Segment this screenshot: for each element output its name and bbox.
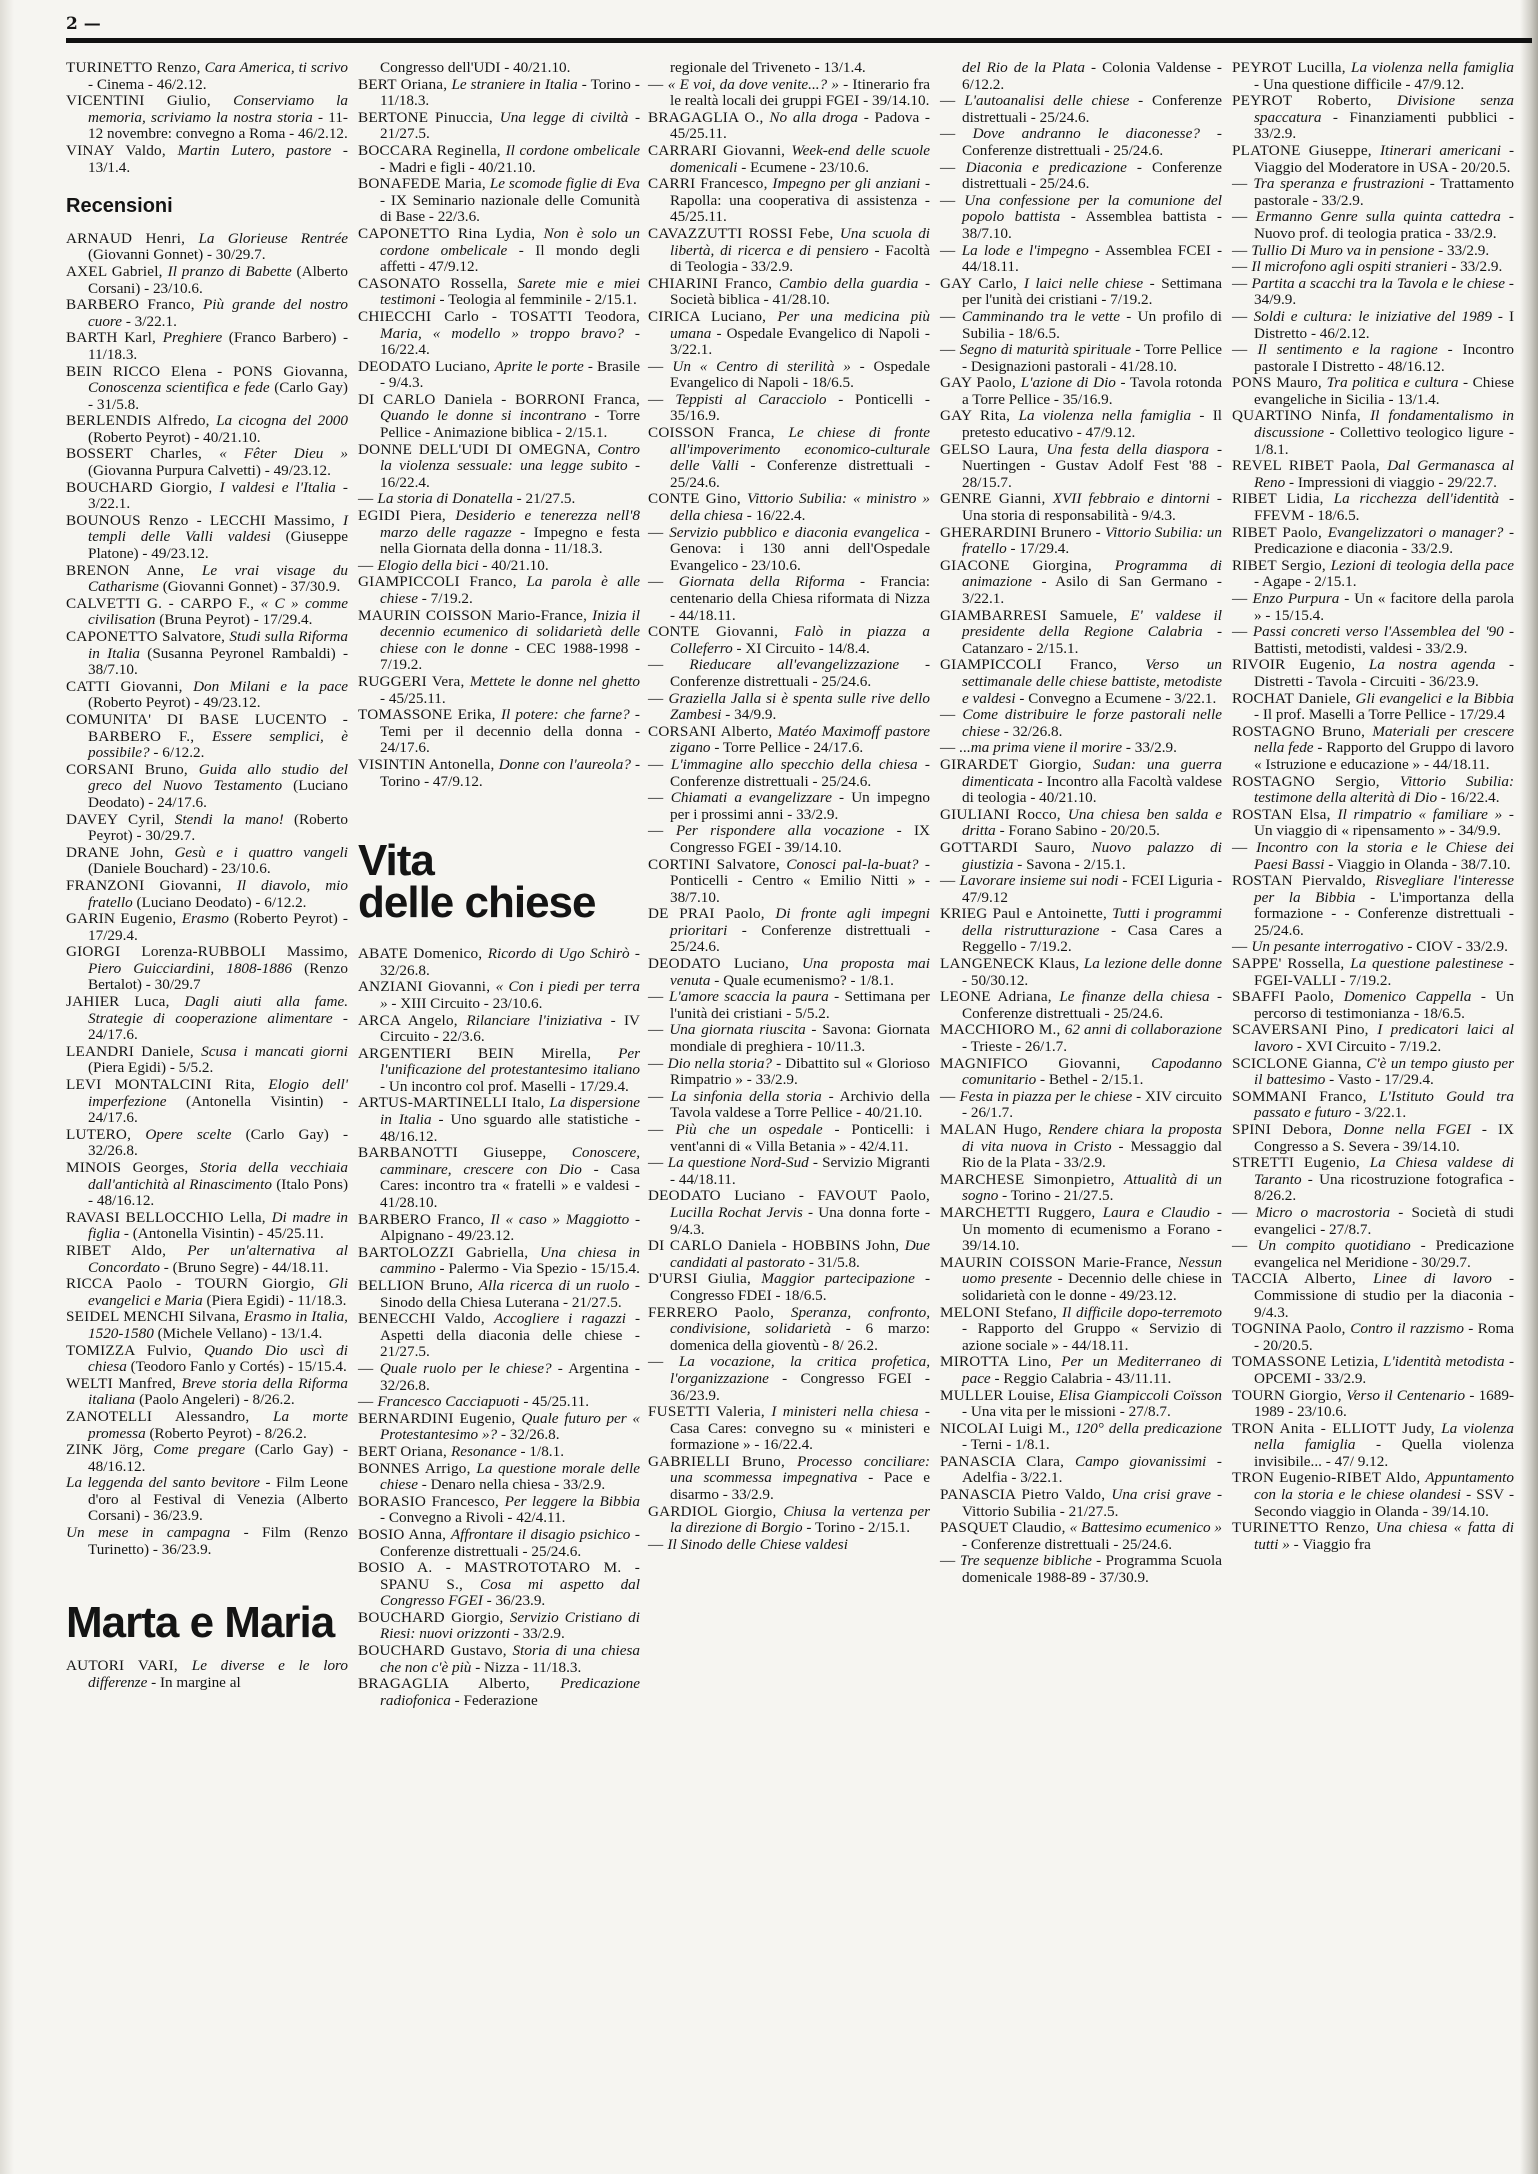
- entry-title: Il cordone ombelicale: [506, 142, 640, 159]
- entry-title: Micro o macrostoria: [1256, 1204, 1390, 1221]
- entry-title: La storia di Donatella: [377, 490, 512, 507]
- entry-reference: (Giovanni Gonnet) - 30/29.7.: [88, 246, 266, 263]
- entry-author: —: [648, 391, 675, 408]
- index-entry: GIACONE Giorgina, Programma di animazion…: [940, 558, 1222, 608]
- entry-title: Lucilla Rochat Jervis: [670, 1204, 803, 1221]
- entry-author: GIAMPICCOLI Franco,: [940, 656, 1145, 673]
- index-entry-continuation: — Quale ruolo per le chiese? - Argentina…: [358, 1361, 640, 1394]
- entry-author: TRON Anita - ELLIOTT Judy,: [1232, 1420, 1441, 1437]
- index-entry: GAY Rita, La violenza nella famiglia - I…: [940, 408, 1222, 441]
- index-entry: BARBERO Franco, Il « caso » Maggiotto - …: [358, 1212, 640, 1245]
- entry-reference: - Una vita per le missioni - 27/8.7.: [962, 1403, 1171, 1420]
- index-entry: BARBANOTTI Giuseppe, Conoscere, camminar…: [358, 1145, 640, 1211]
- index-entry-continuation: — Rieducare all'evangelizzazione - Confe…: [648, 657, 930, 690]
- entry-author: PASQUET Claudio,: [940, 1519, 1070, 1536]
- entry-author: TOURN Giorgio,: [1232, 1387, 1346, 1404]
- index-entry: CASONATO Rossella, Sarete mie e miei tes…: [358, 276, 640, 309]
- index-entry: ARTUS-MARTINELLI Italo, La dispersione i…: [358, 1095, 640, 1145]
- entry-author: —: [648, 358, 672, 375]
- entry-title: Il rimpatrio « familiare »: [1338, 806, 1503, 823]
- index-entry-continuation: — Ermanno Genre sulla quinta cattedra - …: [1232, 209, 1514, 242]
- entry-title: « Battesimo ecumenico »: [1070, 1519, 1222, 1536]
- entry-author: ANZIANI Giovanni,: [358, 978, 496, 995]
- index-entry-continuation: — Tullio Di Muro va in pensione - 33/2.9…: [1232, 243, 1514, 260]
- entry-title: Domenico Cappella: [1344, 988, 1472, 1005]
- entry-author: TACCIA Alberto,: [1232, 1270, 1373, 1287]
- entry-author: VISINTIN Antonella,: [358, 756, 499, 773]
- entry-author: ROCHAT Daniele,: [1232, 690, 1356, 707]
- entry-author: DI CARLO Daniela - BORRONI Franca,: [358, 391, 640, 408]
- index-entry-continuation: — Il Sinodo delle Chiese valdesi: [648, 1537, 930, 1554]
- entry-author: CONTE Giovanni,: [648, 623, 795, 640]
- entry-reference: - Impressioni di viaggio - 29/22.7.: [1285, 474, 1497, 491]
- index-entry: CORSANI Alberto, Matéo Maximoff pastore …: [648, 724, 930, 757]
- entry-title: Più che un ospedale: [676, 1121, 823, 1138]
- entry-reference: - Quale ecumenismo? - 1/8.1.: [710, 972, 893, 989]
- entry-author: RIBET Paolo,: [1232, 524, 1328, 541]
- entry-author: SAPPE' Rossella,: [1232, 955, 1350, 972]
- entry-title: Lavorare insieme sui nodi: [960, 872, 1119, 889]
- index-entry: FERRERO Paolo, Speranza, confronto, cond…: [648, 1305, 930, 1355]
- index-entry: GARDIOL Giorgio, Chiusa la vertenza per …: [648, 1504, 930, 1537]
- index-entry: CONTE Gino, Vittorio Subilia: « ministro…: [648, 491, 930, 524]
- entry-reference: - 16/22.4.: [743, 507, 805, 524]
- entry-title: La Glorieuse Rentrée: [198, 230, 348, 247]
- index-entry: MAGNIFICO Giovanni, Capodanno comunitari…: [940, 1056, 1222, 1089]
- entry-title: Donne nella FGEI: [1343, 1121, 1471, 1138]
- index-entry: RIBET Sergio, Lezioni di teologia della …: [1232, 558, 1514, 591]
- entry-author: —: [648, 822, 676, 839]
- entry-reference: (Roberto Peyrot) - 8/26.2.: [146, 1425, 307, 1442]
- index-entry: BOUCHARD Giorgio, Servizio Cristiano di …: [358, 1610, 640, 1643]
- index-entry: GAY Carlo, I laici nelle chiese - Settim…: [940, 276, 1222, 309]
- entry-author: LEANDRI Daniele,: [66, 1043, 201, 1060]
- index-entry-continuation: — Diaconia e predicazione - Conferenze d…: [940, 160, 1222, 193]
- index-entry-continuation: — Francesco Cacciapuoti - 45/25.11.: [358, 1394, 640, 1411]
- entry-list: ABATE Domenico, Ricordo di Ugo Schirò - …: [358, 946, 640, 1709]
- index-entry: ROSTAGNO Sergio, Vittorio Subilia: testi…: [1232, 774, 1514, 807]
- entry-reference: - Cinema - 46/2.12.: [88, 76, 207, 93]
- entry-reference: - In margine al: [147, 1674, 240, 1691]
- index-entry: CAPONETTO Rina Lydia, Non è solo un cord…: [358, 226, 640, 276]
- entry-author: BOCCARA Reginella,: [358, 142, 506, 159]
- index-entry: BARTOLOZZI Gabriella, Una chiesa in camm…: [358, 1245, 640, 1278]
- index-entry: MAURIN COISSON Marie-France, Nessun uomo…: [940, 1255, 1222, 1305]
- entry-author: SOMMANI Franco,: [1232, 1088, 1379, 1105]
- index-entry: MAURIN COISSON Mario-France, Inizia il d…: [358, 608, 640, 674]
- entry-author: TOGNINA Paolo,: [1232, 1320, 1350, 1337]
- entry-author: MIROTTA Lino,: [940, 1353, 1061, 1370]
- entry-title: Un « Centro di sterilità »: [672, 358, 850, 375]
- index-entry: ARGENTIERI BEIN Mirella, Per l'unificazi…: [358, 1046, 640, 1096]
- entry-author: BONAFEDE Maria,: [358, 175, 490, 192]
- entry-reference: - Un incontro col prof. Maselli - 17/29.…: [380, 1078, 629, 1095]
- entry-reference: - 45/25.11.: [520, 1393, 589, 1410]
- entry-reference: - 3/22.1.: [1351, 1104, 1406, 1121]
- entry-author: —: [648, 1088, 670, 1105]
- index-entry: BOUNOUS Renzo - LECCHI Massimo, I templi…: [66, 513, 348, 563]
- entry-reference: - 1/8.1.: [517, 1443, 564, 1460]
- entry-author: CIRICA Luciano,: [648, 308, 777, 325]
- entry-title: Alla ricerca di un ruolo: [479, 1277, 630, 1294]
- entry-author: RIBET Sergio,: [1232, 557, 1331, 574]
- entry-title: Impegno per gli anziani: [772, 175, 920, 192]
- section-heading-vita-delle-chiese: Vita delle chiese: [358, 840, 640, 924]
- entry-title: Aprite le porte: [495, 358, 584, 375]
- entry-author: DRANE John,: [66, 844, 174, 861]
- entry-author: KRIEG Paul e Antoinette,: [940, 905, 1112, 922]
- entry-author: —: [648, 988, 669, 1005]
- entry-title: Le straniere in Italia: [451, 76, 577, 93]
- index-entry: CARRARI Giovanni, Week-end delle scuole …: [648, 143, 930, 176]
- index-entry: ABATE Domenico, Ricordo di Ugo Schirò - …: [358, 946, 640, 979]
- index-entry: TRON Eugenio-RIBET Aldo, Appuntamento co…: [1232, 1470, 1514, 1520]
- entry-title: Quale ruolo per le chiese?: [380, 1360, 552, 1377]
- entry-author: CASONATO Rossella,: [358, 275, 517, 292]
- index-entry-continuation: — La questione Nord-Sud - Servizio Migra…: [648, 1155, 930, 1188]
- entry-title: Soldi e cultura: le iniziative del 1989: [1254, 308, 1492, 325]
- entry-author: MARCHETTI Ruggero,: [940, 1204, 1103, 1221]
- entry-author: —: [648, 1536, 667, 1553]
- entry-reference: (Daniele Bouchard) - 23/10.6.: [88, 860, 271, 877]
- index-entry: DAVEY Cyril, Stendi la mano! (Roberto Pe…: [66, 812, 348, 845]
- entry-title: Conosci pal-la-buat?: [786, 856, 918, 873]
- entry-author: GIRARDET Giorgio,: [940, 756, 1093, 773]
- index-entry: ANZIANI Giovanni, « Con i piedi per terr…: [358, 979, 640, 1012]
- entry-author: MAURIN COISSON Mario-France,: [358, 607, 592, 624]
- entry-author: —: [940, 192, 964, 209]
- index-entry-continuation: — La lode e l'impegno - Assemblea FCEI -…: [940, 243, 1222, 276]
- entry-author: FUSETTI Valeria,: [648, 1403, 771, 1420]
- entry-author: CHIARINI Franco,: [648, 275, 779, 292]
- entry-title: Affrontare il disagio psichico: [451, 1526, 631, 1543]
- entry-author: GHERARDINI Brunero -: [940, 524, 1105, 541]
- entry-title: I valdesi e l'Italia: [220, 479, 336, 496]
- entry-author: MALAN Hugo,: [940, 1121, 1048, 1138]
- index-entry: CAVAZZUTTI ROSSI Febe, Una scuola di lib…: [648, 226, 930, 276]
- entry-title: Segno di maturità spirituale: [960, 341, 1132, 358]
- index-entry: BRAGAGLIA O., No alla droga - Padova - 4…: [648, 110, 930, 143]
- entry-author: CARRI Francesco,: [648, 175, 772, 192]
- entry-title: L'identità metodista: [1383, 1353, 1505, 1370]
- entry-author: GIULIANI Rocco,: [940, 806, 1068, 823]
- index-entry: TOMASSONE Letizia, L'identità metodista …: [1232, 1354, 1514, 1387]
- index-entry: BARTH Karl, Preghiere (Franco Barbero) -…: [66, 330, 348, 363]
- entry-reference: - Reggio Calabria - 43/11.11.: [991, 1370, 1172, 1387]
- entry-title: La questione palestinese: [1350, 955, 1503, 972]
- entry-author: CALVETTI G. - CARPO F.,: [66, 595, 261, 612]
- entry-title: Campo giovanissimi: [1075, 1453, 1206, 1470]
- scan-left-edge: [0, 0, 14, 2174]
- entry-title: Elisa Giampiccoli Coïsson: [1059, 1387, 1222, 1404]
- entry-author: ZINK Jörg,: [66, 1441, 153, 1458]
- entry-author: CAPONETTO Rina Lydia,: [358, 225, 543, 242]
- entry-title: Graziella Jalla si è spenta sulle rive d…: [669, 690, 930, 724]
- entry-author: GELSO Laura,: [940, 441, 1046, 458]
- index-entry: LUTERO, Opere scelte (Carlo Gay) - 32/26…: [66, 1127, 348, 1160]
- entry-reference: - 21/27.5.: [513, 490, 575, 507]
- entry-author: —: [358, 1393, 377, 1410]
- entry-author: GARDIOL Giorgio,: [648, 1503, 783, 1520]
- entry-author: —: [1232, 208, 1256, 225]
- entry-author: RIBET Lidia,: [1232, 490, 1334, 507]
- entry-author: LUTERO,: [66, 1126, 145, 1143]
- entry-reference: (Michele Vellano) - 13/1.4.: [154, 1325, 322, 1342]
- entry-author: SCAVERSANI Pino,: [1232, 1021, 1377, 1038]
- entry-reference: (Giovanni Gonnet) - 37/30.9.: [159, 578, 340, 595]
- index-entry: CORTINI Salvatore, Conosci pal-la-buat? …: [648, 857, 930, 907]
- entry-author: —: [648, 756, 671, 773]
- entry-title: L'autoanalisi delle chiese: [964, 92, 1129, 109]
- entry-title: Camminando tra le vette: [962, 308, 1120, 325]
- entry-title: Resonance: [451, 1443, 517, 1460]
- entry-title: La cicogna del 2000: [216, 412, 348, 429]
- entry-reference: - Vasto - 17/29.4.: [1325, 1071, 1434, 1088]
- entry-author: —: [940, 1088, 959, 1105]
- entry-reference: - Agape - 2/15.1.: [1254, 573, 1357, 590]
- entry-author: GARIN Eugenio,: [66, 910, 182, 927]
- entry-reference: - 17/29.4.: [1007, 540, 1069, 557]
- entry-title: La sinfonia della storia: [670, 1088, 821, 1105]
- entry-reference: - (Antonella Visintin) - 45/25.11.: [120, 1225, 324, 1242]
- index-entry: GIULIANI Rocco, Una chiesa ben salda e d…: [940, 807, 1222, 840]
- entry-reference: - 33/2.9.: [1434, 242, 1489, 259]
- entry-author: PONS Mauro,: [1232, 374, 1327, 391]
- index-entry-continuation: — Festa in piazza per le chiese - XIV ci…: [940, 1089, 1222, 1122]
- entry-title: Martin Lutero, pastore: [178, 142, 332, 159]
- index-entry: TURINETTO Renzo, Una chiesa « fatta di t…: [1232, 1520, 1514, 1553]
- entry-author: —: [648, 1055, 668, 1072]
- entry-reference: - Il prof. Maselli a Torre Pellice - 17/…: [1254, 706, 1505, 723]
- entry-list: — L'autoanalisi delle chiese - Conferenz…: [940, 93, 1222, 1586]
- entry-author: MARCHESE Simonpietro,: [940, 1171, 1124, 1188]
- entry-author: D'URSI Giulia,: [648, 1270, 761, 1287]
- index-entry-continuation: — L'immagine allo specchio della chiesa …: [648, 757, 930, 790]
- entry-reference: - (Bruno Segre) - 44/18.11.: [160, 1259, 329, 1276]
- index-entry: CATTI Giovanni, Don Milani e la pace (Ro…: [66, 679, 348, 712]
- index-entry: PLATONE Giuseppe, Itinerari americani - …: [1232, 143, 1514, 176]
- index-entry: BOCCARA Reginella, Il cordone ombelicale…: [358, 143, 640, 176]
- entry-title: No alla droga: [769, 109, 858, 126]
- entry-author: ROSTAGNO Bruno,: [1232, 723, 1372, 740]
- index-entry: ARNAUD Henri, La Glorieuse Rentrée (Giov…: [66, 231, 348, 264]
- entry-reference: (Luciano Deodato) - 6/12.2.: [133, 894, 307, 911]
- entry-author: BOUCHARD Giorgio,: [66, 479, 220, 496]
- entry-author: —: [1232, 1204, 1256, 1221]
- entry-reference: (Piera Egidi) - 11/18.3.: [203, 1292, 347, 1309]
- entry-title: Cara America, ti scrivo: [205, 59, 348, 76]
- index-entry: RIBET Aldo, Per un'alternativa al Concor…: [66, 1243, 348, 1276]
- column-2: Congresso dell'UDI - 40/21.10. BERT Oria…: [358, 60, 640, 1709]
- entry-list: ARNAUD Henri, La Glorieuse Rentrée (Giov…: [66, 231, 348, 1559]
- entry-author: COISSON Franca,: [648, 424, 789, 441]
- entry-reference: - Conferenze distrettuali - 25/24.6.: [962, 1536, 1172, 1553]
- column-5: PEYROT Lucilla, La violenza nella famigl…: [1232, 60, 1514, 1553]
- index-entry: MARCHETTI Ruggero, Laura e Claudio - Un …: [940, 1205, 1222, 1255]
- section-heading-line: Vita: [358, 840, 640, 882]
- entry-title: Maria, « modello » troppo bravo?: [380, 325, 624, 342]
- entry-title: Chiamati a evangelizzare: [671, 789, 832, 806]
- entry-reference: - Rapporto del Gruppo « Servizio di azio…: [962, 1320, 1222, 1354]
- index-entry: PANASCIA Pietro Valdo, Una crisi grave -…: [940, 1487, 1222, 1520]
- entry-author: TURINETTO Renzo,: [66, 59, 205, 76]
- header-rule: [66, 38, 1532, 43]
- entry-author: BOUCHARD Giorgio,: [358, 1609, 510, 1626]
- entry-author: —: [1232, 308, 1254, 325]
- entry-author: —: [648, 1353, 679, 1370]
- page-number: 2 —: [66, 14, 101, 34]
- index-entry: TOMASSONE Erika, Il potere: che farne? -…: [358, 707, 640, 757]
- entry-author: —: [1232, 258, 1251, 275]
- entry-reference: - Torino - 2/15.1.: [803, 1519, 911, 1536]
- index-entry: SOMMANI Franco, L'Istituto Gould tra pas…: [1232, 1089, 1514, 1122]
- entry-reference: - XIII Circuito - 23/10.6.: [388, 995, 543, 1012]
- entry-author: —: [1232, 275, 1252, 292]
- entry-title: Un pesante interrogativo: [1251, 938, 1403, 955]
- entry-reference: - 16/22.4.: [1437, 789, 1499, 806]
- entry-reference: (Giovanna Purpura Calvetti) - 49/23.12.: [88, 462, 331, 479]
- entry-author: AXEL Gabriel,: [66, 263, 168, 280]
- continued-entry: del Rio de la Plata - Colonia Valdense -…: [940, 60, 1222, 93]
- entry-title: Don Milani e la pace: [193, 678, 348, 695]
- entry-author: —: [940, 872, 960, 889]
- entry-author: BEIN RICCO Elena - PONS Giovanna,: [66, 363, 348, 380]
- index-entry: BENECCHI Valdo, Accogliere i ragazzi - A…: [358, 1311, 640, 1361]
- entry-reference: - XVI Circuito - 7/19.2.: [1293, 1038, 1441, 1055]
- entry-title: L'amore scaccia la paura: [669, 988, 829, 1005]
- entry-title: « E voi, da dove venite...? »: [668, 76, 839, 93]
- index-entry: LEANDRI Daniele, Scusa i mancati giorni …: [66, 1044, 348, 1077]
- entry-author: —: [358, 557, 377, 574]
- entry-author: —: [648, 573, 679, 590]
- index-entry: LEONE Adriana, Le finanze della chiesa -…: [940, 989, 1222, 1022]
- entry-author: CAVAZZUTTI ROSSI Febe,: [648, 225, 840, 242]
- index-entry: MIROTTA Lino, Per un Mediterraneo di pac…: [940, 1354, 1222, 1387]
- entry-title: Per rispondere alla vocazione: [676, 822, 884, 839]
- entry-author: MELONI Stefano,: [940, 1304, 1062, 1321]
- entry-author: MACCHIORO M.,: [940, 1021, 1065, 1038]
- index-entry-continuation: — Servizio pubblico e diaconia evangelic…: [648, 525, 930, 575]
- entry-reference: - 32/26.8.: [1000, 723, 1062, 740]
- entry-title: Donne con l'aureola?: [499, 756, 631, 773]
- entry-title: Una giornata riuscita: [669, 1021, 805, 1038]
- index-entry: SCAVERSANI Pino, I predicatori laici al …: [1232, 1022, 1514, 1055]
- index-entry-continuation: — Enzo Purpura - Un « facitore della par…: [1232, 591, 1514, 624]
- entry-author: BONNES Arrigo,: [358, 1460, 476, 1477]
- entry-title: Giornata della Riforma: [679, 573, 845, 590]
- index-entry: DRANE John, Gesù e i quattro vangeli (Da…: [66, 845, 348, 878]
- index-entry: MARCHESE Simonpietro, Attualità di un so…: [940, 1172, 1222, 1205]
- entry-reference: - Denaro nella chiesa - 33/2.9.: [418, 1476, 605, 1493]
- entry-title: Partita a scacchi tra la Tavola e le chi…: [1252, 275, 1506, 292]
- entry-author: BARBERO Franco,: [66, 296, 203, 313]
- entry-author: —: [1232, 175, 1253, 192]
- index-entry: RUGGERI Vera, Mettete le donne nel ghett…: [358, 674, 640, 707]
- index-entry: LANGENECK Klaus, La lezione delle donne …: [940, 956, 1222, 989]
- index-entry: KRIEG Paul e Antoinette, Tutti i program…: [940, 906, 1222, 956]
- entry-author: BARBERO Franco,: [358, 1211, 490, 1228]
- index-entry: BOSIO A. - MASTROTOTARO M. - SPANU S., C…: [358, 1560, 640, 1610]
- entry-title: Erasmo: [182, 910, 229, 927]
- index-entry: FUSETTI Valeria, I ministeri nella chies…: [648, 1404, 930, 1454]
- index-entry: RIBET Paolo, Evangelizzatori o manager? …: [1232, 525, 1514, 558]
- index-entry-continuation: — Soldi e cultura: le iniziative del 198…: [1232, 309, 1514, 342]
- entry-author: —: [940, 1552, 960, 1569]
- entry-title: Stendi la mano!: [175, 811, 284, 828]
- entry-author: PEYROT Lucilla,: [1232, 59, 1351, 76]
- index-entry-continuation: — Dove andranno le diaconesse? - Confere…: [940, 126, 1222, 159]
- entry-author: QUARTINO Ninfa,: [1232, 407, 1370, 424]
- entry-author: GENRE Gianni,: [940, 490, 1053, 507]
- index-entry: ROSTAGNO Bruno, Materiali per crescere n…: [1232, 724, 1514, 774]
- index-entry: CIRICA Luciano, Per una medicina più uma…: [648, 309, 930, 359]
- index-entry: EGIDI Piera, Desiderio e tenerezza nell'…: [358, 508, 640, 558]
- entry-author: DI CARLO Daniela - HOBBINS John,: [648, 1237, 905, 1254]
- entry-title: Come pregare: [153, 1441, 245, 1458]
- entry-author: ABATE Domenico,: [358, 945, 488, 962]
- index-entry: DI CARLO Daniela - BORRONI Franca, Quand…: [358, 392, 640, 442]
- entry-author: —: [1232, 623, 1253, 640]
- entry-reference: - 32/26.8.: [497, 1426, 559, 1443]
- entry-reference: - Una questione difficile - 47/9.12.: [1254, 76, 1464, 93]
- entry-title: Gli evangelici e la Bibbia: [1356, 690, 1514, 707]
- entry-author: —: [648, 690, 669, 707]
- entry-author: GIORGI Lorenza-RUBBOLI Massimo,: [66, 943, 348, 960]
- index-entry: SAPPE' Rossella, La questione palestines…: [1232, 956, 1514, 989]
- index-entry: WELTI Manfred, Breve storia della Riform…: [66, 1376, 348, 1409]
- entry-author: MULLER Louise,: [940, 1387, 1059, 1404]
- index-entry-continuation: — Tra speranza e frustrazioni - Trattame…: [1232, 176, 1514, 209]
- entry-title: Quando le donne si incontrano: [380, 407, 586, 424]
- entry-author: DEODATO Luciano,: [648, 955, 802, 972]
- index-entry: GIAMPICCOLI Franco, La parola è alle chi…: [358, 574, 640, 607]
- entry-author: MINOIS Georges,: [66, 1159, 200, 1176]
- entry-title: Tra speranza e frustrazioni: [1253, 175, 1424, 192]
- entry-author: —: [940, 159, 966, 176]
- index-entry-continuation: — Incontro con la storia e le Chiese dei…: [1232, 840, 1514, 873]
- entry-title: Diaconia e predicazione: [966, 159, 1127, 176]
- entry-reference: - 33/2.9.: [1447, 258, 1502, 275]
- entry-author: LANGENECK Klaus,: [940, 955, 1084, 972]
- index-entry-continuation: — Una confessione per la comunione del p…: [940, 193, 1222, 243]
- entry-title: Una crisi grave: [1111, 1486, 1211, 1503]
- entry-author: CORSANI Alberto,: [648, 723, 778, 740]
- index-entry-continuation: — L'amore scaccia la paura - Settimana p…: [648, 989, 930, 1022]
- index-entry: COMUNITA' DI BASE LUCENTO - BARBERO F., …: [66, 712, 348, 762]
- entry-author: STRETTI Eugenio,: [1232, 1154, 1370, 1171]
- entry-reference: (Bruna Peyrot) - 17/29.4.: [156, 611, 313, 628]
- entry-author: BARTOLOZZI Gabriella,: [358, 1244, 540, 1261]
- entry-reference: - 31/5.8.: [805, 1254, 860, 1271]
- entry-author: SBAFFI Paolo,: [1232, 988, 1344, 1005]
- entry-title: ...ma prima viene il morire: [959, 739, 1122, 756]
- entry-reference: - 33/2.9.: [1122, 739, 1177, 756]
- index-entry: SBAFFI Paolo, Domenico Cappella - Un per…: [1232, 989, 1514, 1022]
- entry-author: BELLION Bruno,: [358, 1277, 479, 1294]
- column-1: TURINETTO Renzo, Cara America, ti scrivo…: [66, 60, 348, 1691]
- entry-author: CORTINI Salvatore,: [648, 856, 786, 873]
- entry-author: ROSTAGNO Sergio,: [1232, 773, 1400, 790]
- entry-title: Tra politica e cultura: [1327, 374, 1459, 391]
- entry-title: La violenza nella famiglia: [1019, 407, 1191, 424]
- entry-author: PEYROT Roberto,: [1232, 92, 1397, 109]
- index-entry: ROCHAT Daniele, Gli evangelici e la Bibb…: [1232, 691, 1514, 724]
- entry-title: La lezione delle donne: [1084, 955, 1222, 972]
- index-entry-continuation: — Graziella Jalla si è spenta sulle rive…: [648, 691, 930, 724]
- entry-title: Ermanno Genre sulla quinta cattedra: [1256, 208, 1501, 225]
- entry-author: GIAMBARRESI Samuele,: [940, 607, 1130, 624]
- entry-author: BARTH Karl,: [66, 329, 163, 346]
